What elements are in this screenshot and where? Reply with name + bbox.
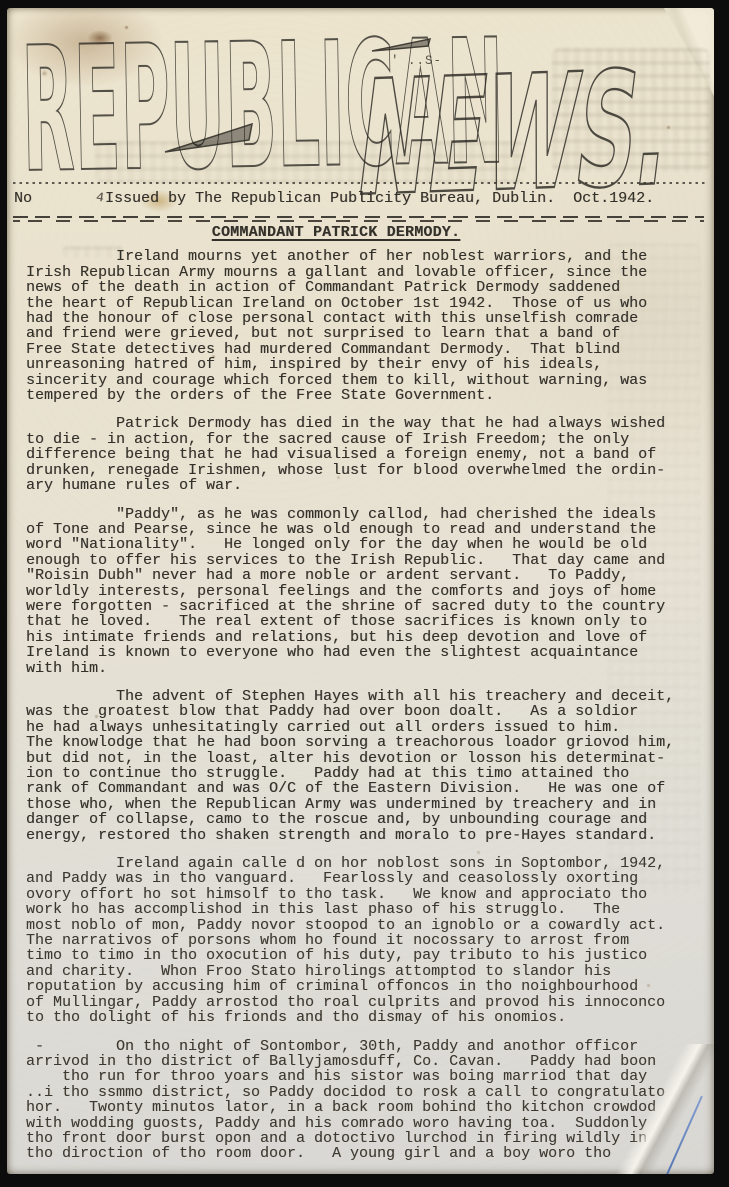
issue-no-label: No bbox=[14, 190, 32, 207]
issue-line: No 4 Issued by The Republican Publicity … bbox=[7, 190, 714, 210]
issue-number: 4 bbox=[95, 189, 105, 205]
photo-frame: ' ..S- REPUBLICAN NEWS. No 4 Issued by T… bbox=[0, 0, 729, 1187]
article-title-row: COMMANDANT PATRICK DERMODY. bbox=[7, 225, 670, 240]
issue-publisher: Issued by The Republican Publicity Burea… bbox=[105, 190, 654, 207]
crease-bottom-right bbox=[564, 1044, 714, 1174]
document-page: ' ..S- REPUBLICAN NEWS. No 4 Issued by T… bbox=[7, 8, 714, 1174]
dotted-rule-top bbox=[13, 182, 706, 184]
paragraph-5: Ireland again calle d on hor noblost son… bbox=[26, 856, 694, 1025]
paragraph-4: The advent of Stephen Hayes with all his… bbox=[26, 689, 694, 843]
dashed-rule-bottom bbox=[13, 216, 704, 222]
paragraph-1: Ireland mourns yet another of her nobles… bbox=[26, 249, 694, 403]
paper-specks bbox=[7, 8, 10, 11]
article-body: COMMANDANT PATRICK DERMODY. Ireland mour… bbox=[26, 225, 694, 1174]
paragraph-2: Patrick Dermody has died in the way that… bbox=[26, 416, 694, 493]
article-title: COMMANDANT PATRICK DERMODY. bbox=[212, 224, 460, 241]
paragraph-3: "Paddy", as he was commonly callod, had … bbox=[26, 507, 694, 676]
